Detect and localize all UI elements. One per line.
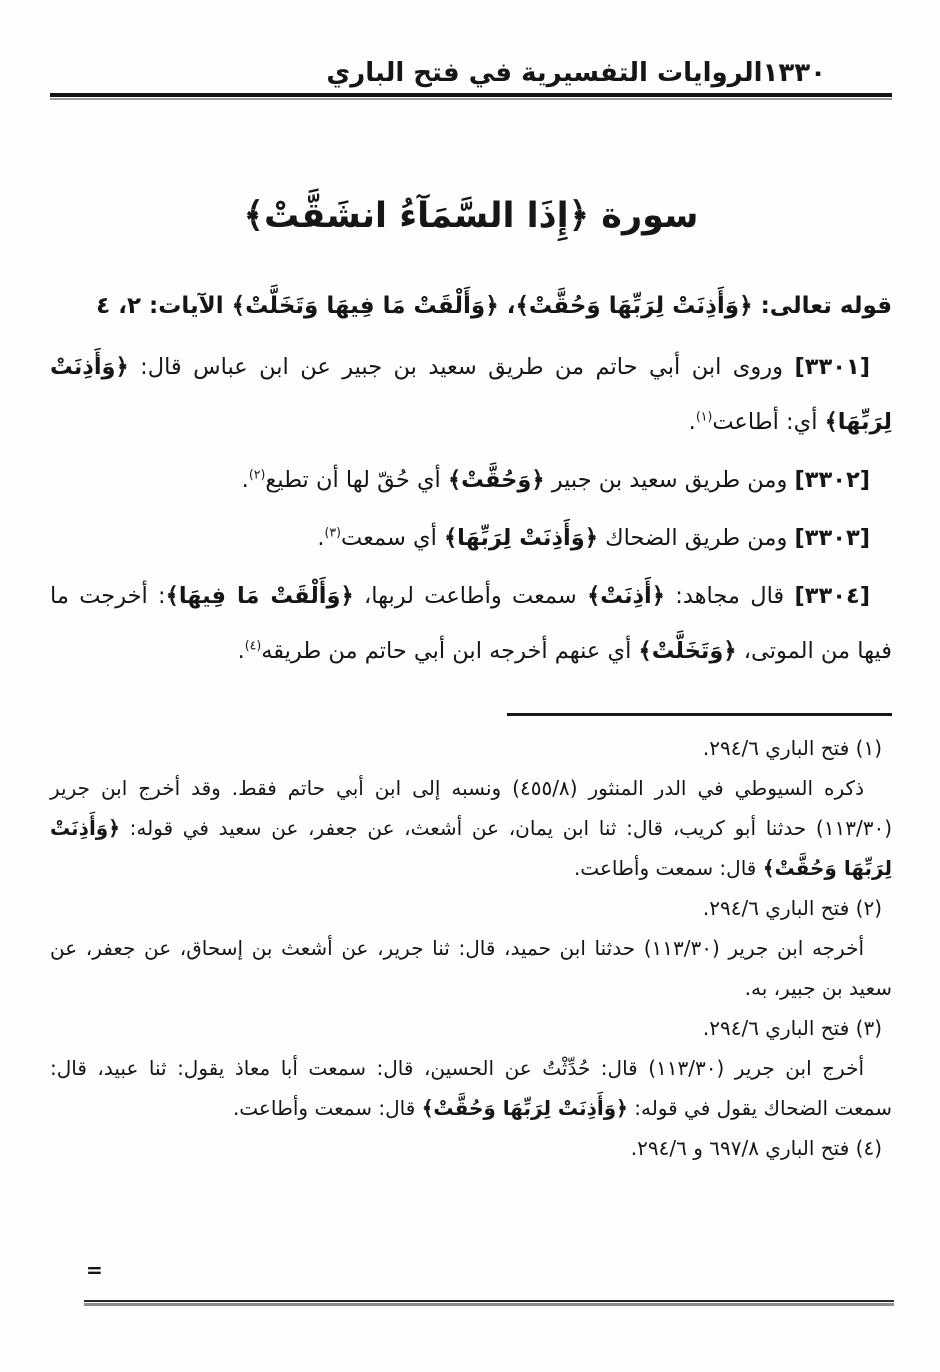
quran-quote: ﴿وَأَلْقَتْ مَا فِيهَا وَتَخَلَّتْ﴾ — [232, 293, 499, 319]
text-segment: قوله تعالى: — [753, 293, 892, 319]
header-rule-shadow — [50, 98, 892, 100]
quran-quote: ﴿وَأَذِنَتْ لِرَبِّهَا وَحُقَّتْ﴾ — [515, 293, 752, 319]
narration-number: [٣٣٠٢] — [794, 467, 870, 493]
quran-quote: ﴿وَتَخَلَّتْ﴾ — [639, 638, 737, 664]
text-segment: ومن طريق الضحاك — [598, 525, 795, 551]
footnote-body: أخرج ابن جرير (١١٣/٣٠) قال: حُدِّثْتُ عن… — [50, 1048, 892, 1128]
footnotes: (١) فتح الباري ٢٩٤/٦.ذكره السيوطي في الد… — [50, 728, 892, 1168]
continuation-mark: = — [86, 1258, 103, 1282]
bottom-rule — [84, 1300, 894, 1306]
text-segment: أي حُقّ لها أن تطيع — [265, 467, 448, 493]
narrations: [٣٣٠١] وروى ابن أبي حاتم من طريق سعيد بن… — [50, 340, 892, 679]
page-header: ١٣٣٠ الروايات التفسيرية في فتح الباري — [50, 58, 892, 93]
text-segment: وروى ابن أبي حاتم من طريق سعيد بن جبير ع… — [129, 354, 795, 380]
sentence-end: . — [317, 525, 324, 551]
text-segment: قال: سمعت وأطاعت. — [574, 856, 763, 880]
text-segment: ومن طريق سعيد بن جبير — [545, 467, 795, 493]
quran-quote: ﴿وَأَذِنَتْ لِرَبِّهَا﴾ — [444, 525, 598, 551]
page-number: ١٣٣٠ — [763, 58, 826, 88]
footnote: (٣) فتح الباري ٢٩٤/٦.أخرج ابن جرير (١١٣/… — [50, 1008, 892, 1128]
text-segment: أي سمعت — [341, 525, 444, 551]
footnote-citation: (٤) فتح الباري ٦٩٧/٨ و ٢٩٤/٦. — [50, 1128, 892, 1168]
narration-paragraph: [٣٣٠٣] ومن طريق الضحاك ﴿وَأَذِنَتْ لِرَب… — [50, 511, 892, 566]
sentence-end: . — [242, 467, 249, 493]
quran-quote: ﴿أَذِنَتْ﴾ — [587, 583, 665, 609]
footnote-citation: (٣) فتح الباري ٢٩٤/٦. — [50, 1008, 892, 1048]
footnote-marker: (٢) — [249, 467, 266, 482]
narration-paragraph: [٣٣٠٤] قال مجاهد: ﴿أَذِنَتْ﴾ سمعت وأطاعت… — [50, 569, 892, 679]
text-segment: أي عنهم أخرجه ابن أبي حاتم من طريقه — [261, 638, 638, 664]
text-segment: ، — [499, 293, 516, 319]
footnote: (١) فتح الباري ٢٩٤/٦.ذكره السيوطي في الد… — [50, 728, 892, 888]
quran-quote: ﴿وَأَذِنَتْ لِرَبِّهَا وَحُقَّتْ﴾ — [422, 1096, 628, 1120]
text-segment: أخرجه ابن جرير (١١٣/٣٠) حدثنا ابن حميد، … — [50, 936, 892, 1000]
footnote-body: ذكره السيوطي في الدر المنثور (٤٥٥/٨) ونس… — [50, 768, 892, 888]
text-segment: سمعت وأطاعت لربها، — [354, 583, 587, 609]
sentence-end: . — [689, 409, 696, 435]
header-rule — [50, 93, 892, 97]
quran-quote: ﴿وَحُقَّتْ﴾ — [448, 467, 545, 493]
narration-paragraph: [٣٣٠٢] ومن طريق سعيد بن جبير ﴿وَحُقَّتْ﴾… — [50, 453, 892, 508]
surah-title: سورة ﴿إِذَا السَّمَآءُ انشَقَّتْ﴾ — [50, 196, 892, 236]
footnote-body: أخرجه ابن جرير (١١٣/٣٠) حدثنا ابن حميد، … — [50, 928, 892, 1008]
text-segment: ذكره السيوطي في الدر المنثور (٤٥٥/٨) ونس… — [50, 776, 892, 840]
footnote-citation: (١) فتح الباري ٢٩٤/٦. — [50, 728, 892, 768]
footnote-separator — [507, 713, 892, 716]
text-segment: قال: سمعت وأطاعت. — [233, 1096, 422, 1120]
footnote-marker: (٤) — [245, 638, 262, 653]
quran-quote: ﴿إِذَا السَّمَآءُ انشَقَّتْ﴾ — [244, 196, 590, 236]
text-segment: قال مجاهد: — [665, 583, 795, 609]
footnote: (٢) فتح الباري ٢٩٤/٦.أخرجه ابن جرير (١١٣… — [50, 888, 892, 1008]
text-segment: الآيات: ٢، ٤ — [96, 293, 231, 319]
running-title: الروايات التفسيرية في فتح الباري — [326, 58, 762, 88]
book-page: ١٣٣٠ الروايات التفسيرية في فتح الباري سو… — [0, 0, 940, 1372]
narration-number: [٣٣٠٤] — [794, 583, 870, 609]
surah-word: سورة — [589, 196, 698, 236]
footnote-citation: (٢) فتح الباري ٢٩٤/٦. — [50, 888, 892, 928]
quran-quote: ﴿وَأَلْقَتْ مَا فِيهَا﴾ — [166, 583, 354, 609]
footnote: (٤) فتح الباري ٦٩٧/٨ و ٢٩٤/٦. — [50, 1128, 892, 1168]
verse-heading: قوله تعالى: ﴿وَأَذِنَتْ لِرَبِّهَا وَحُق… — [50, 286, 892, 326]
narration-paragraph: [٣٣٠١] وروى ابن أبي حاتم من طريق سعيد بن… — [50, 340, 892, 450]
text-segment: أي: أطاعت — [712, 409, 824, 435]
sentence-end: . — [238, 638, 245, 664]
footnote-marker: (١) — [696, 409, 713, 424]
narration-number: [٣٣٠٣] — [794, 525, 870, 551]
narration-number: [٣٣٠١] — [794, 354, 870, 380]
footnote-marker: (٣) — [325, 525, 342, 540]
